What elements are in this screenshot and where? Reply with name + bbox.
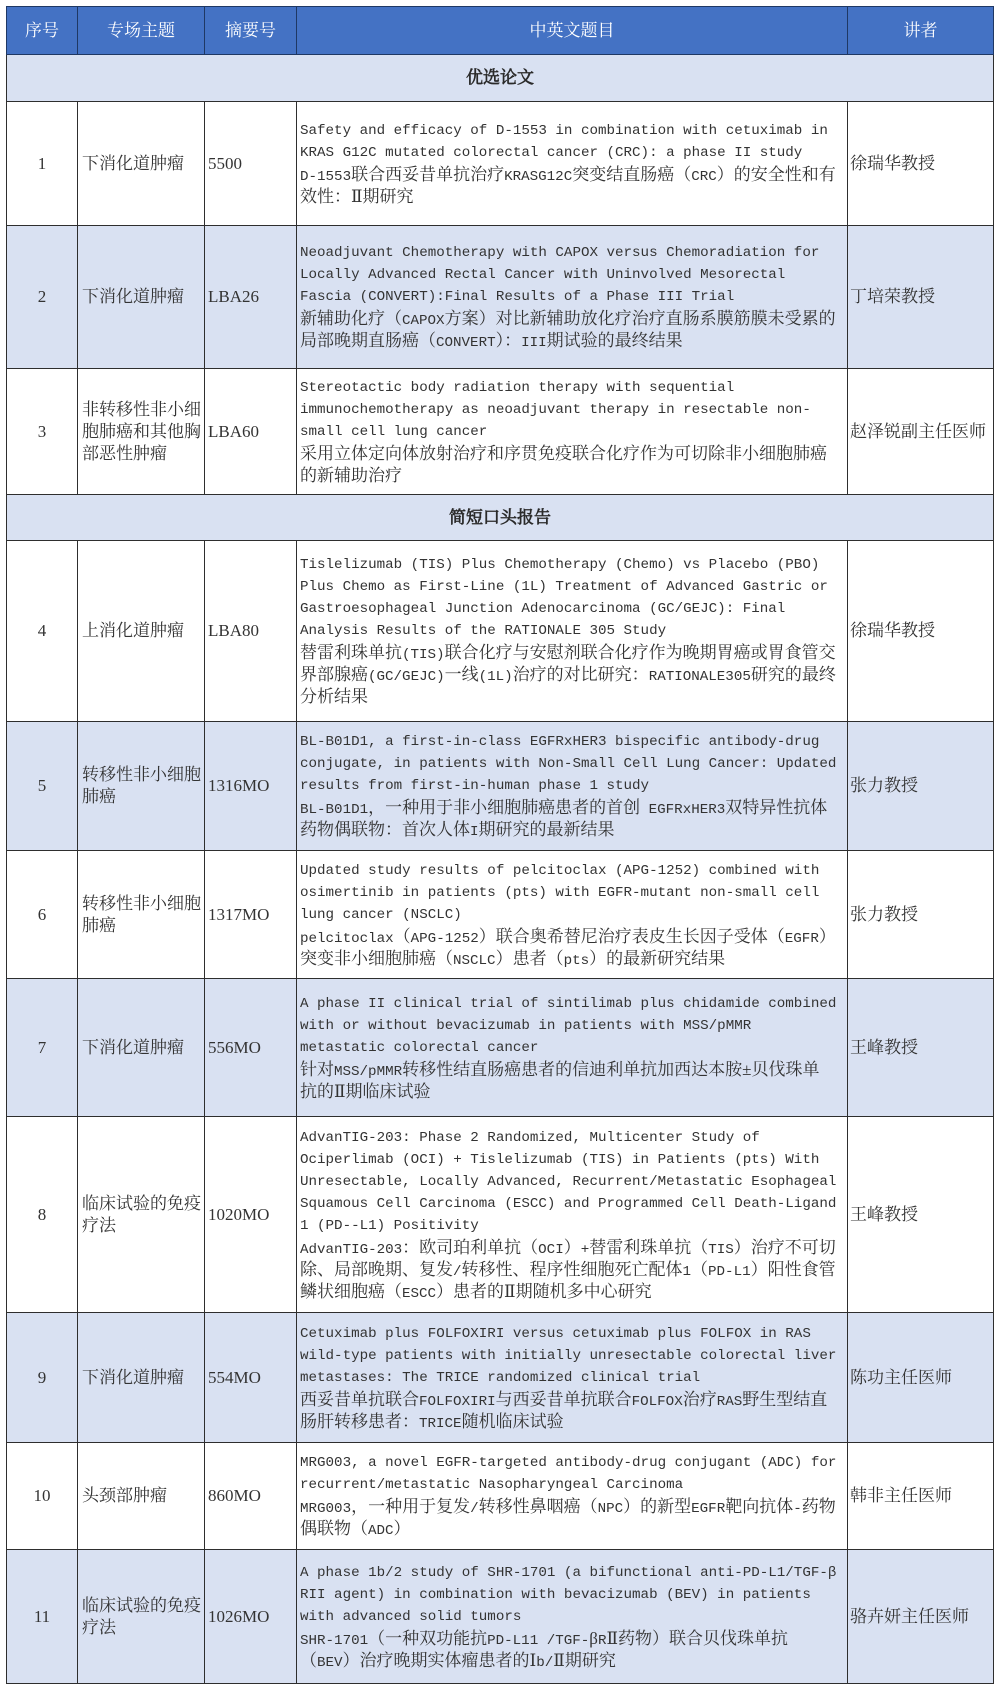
title-zh-line: 西妥昔单抗联合FOLFOXIRI与西妥昔单抗联合FOLFOX治疗RAS野生型结直 (300, 1389, 847, 1411)
topic-cell: 头颈部肿瘤 (78, 1443, 205, 1550)
abstract-number-cell: 554MO (205, 1313, 297, 1443)
latin-text-run: ESCC (402, 1286, 436, 1302)
latin-text-run: (1L) (479, 669, 513, 685)
title-cell: Neoadjuvant Chemotherapy with CAPOX vers… (297, 226, 848, 369)
abstract-number-cell: 1020MO (205, 1117, 297, 1313)
speaker-cell: 徐瑞华教授 (848, 541, 994, 722)
title-en-line: Squamous Cell Carcinoma (ESCC) and Progr… (300, 1193, 847, 1215)
topic-cell: 非转移性非小细胞肺癌和其他胸部恶性肿瘤 (78, 369, 205, 495)
title-en-line: KRAS G12C mutated colorectal cancer (CRC… (300, 142, 847, 164)
latin-text-run: + (581, 1242, 590, 1258)
title-cell: MRG003, a novel EGFR-targeted antibody-d… (297, 1443, 848, 1550)
title-en-line: with or without bevacizumab in patients … (300, 1015, 847, 1037)
section-title: 简短口头报告 (7, 495, 994, 541)
latin-text-run: / (470, 1501, 479, 1517)
topic-cell: 临床试验的免疫疗法 (78, 1117, 205, 1313)
speaker-cell: 徐瑞华教授 (848, 102, 994, 226)
topic-cell: 下消化道肿瘤 (78, 102, 205, 226)
title-en-line: Analysis Results of the RATIONALE 305 St… (300, 620, 847, 642)
title-en-line: Tislelizumab (TIS) Plus Chemotherapy (Ch… (300, 554, 847, 576)
seq-cell: 4 (7, 541, 78, 722)
latin-text-run: EGFR (785, 931, 819, 947)
speaker-cell: 韩非主任医师 (848, 1443, 994, 1550)
title-en-line: recurrent/metastatic Nasopharyngeal Carc… (300, 1474, 847, 1496)
title-zh-line: 新辅助化疗（CAPOX方案）对比新辅助放化疗治疗直肠系膜筋膜未受累的 (300, 308, 847, 330)
latin-text-run: CRC (691, 169, 717, 185)
latin-text-run: D-1553 (300, 169, 351, 185)
column-header-seq: 序号 (7, 7, 78, 55)
abstract-number-cell: LBA26 (205, 226, 297, 369)
abstract-number-cell: 1316MO (205, 722, 297, 851)
latin-text-run: MSS/pMMR (334, 1064, 402, 1080)
latin-text-run: RATIONALE305 (649, 669, 751, 685)
title-zh-line: 采用立体定向体放射治疗和序贯免疫联合化疗作为可切除非小细胞肺癌 (300, 443, 847, 465)
abstract-number-cell: 5500 (205, 102, 297, 226)
section-header-row: 简短口头报告 (7, 495, 994, 541)
latin-text-run: BL-B01D1 (300, 802, 368, 818)
title-en-line: with advanced solid tumors (300, 1606, 847, 1628)
table-row: 9 下消化道肿瘤 554MO Cetuximab plus FOLFOXIRI … (7, 1313, 994, 1443)
speaker-cell: 陈功主任医师 (848, 1313, 994, 1443)
latin-text-run: pts (564, 953, 590, 969)
title-zh-line: 突变非小细胞肺癌（NSCLC）患者（pts）的最新研究结果 (300, 948, 847, 970)
title-en-line: Ociperlimab (OCI) + Tislelizumab (TIS) i… (300, 1149, 847, 1171)
title-zh-line: 分析结果 (300, 686, 847, 708)
seq-cell: 6 (7, 851, 78, 979)
latin-text-run: ADC (368, 1523, 394, 1539)
column-header-topic: 专场主题 (78, 7, 205, 55)
title-en-line: A phase 1b/2 study of SHR-1701 (a bifunc… (300, 1562, 847, 1584)
title-zh-line: 偶联物（ADC） (300, 1518, 847, 1540)
column-header-abstract: 摘要号 (205, 7, 297, 55)
title-cell: Safety and efficacy of D-1553 in combina… (297, 102, 848, 226)
title-cell: Cetuximab plus FOLFOXIRI versus cetuxima… (297, 1313, 848, 1443)
table-row: 5 转移性非小细胞肺癌 1316MO BL-B01D1, a first-in-… (7, 722, 994, 851)
title-en-line: metastases: The TRICE randomized clinica… (300, 1367, 847, 1389)
latin-text-run: CONVERT (436, 335, 496, 351)
latin-text-run: AdvanTIG-203 (300, 1242, 402, 1258)
latin-text-run: KRASG12C (504, 169, 572, 185)
title-en-line: Updated study results of pelcitoclax (AP… (300, 860, 847, 882)
title-zh-line: 针对MSS/pMMR转移性结直肠癌患者的信迪利单抗加西达本胺±贝伐珠单 (300, 1059, 847, 1081)
title-en-line: Gastroesophageal Junction Adenocarcinoma… (300, 598, 847, 620)
title-zh-line: 药物偶联物：首次人体I期研究的最新结果 (300, 819, 847, 841)
seq-cell: 3 (7, 369, 78, 495)
title-en-line: small cell lung cancer (300, 421, 847, 443)
title-en-line: Stereotactic body radiation therapy with… (300, 377, 847, 399)
latin-text-run: R (598, 1633, 607, 1649)
abstract-number-cell: 1317MO (205, 851, 297, 979)
abstract-number-cell: LBA80 (205, 541, 297, 722)
table-row: 11 临床试验的免疫疗法 1026MO A phase 1b/2 study o… (7, 1550, 994, 1684)
title-en-line: results from first-in-human phase 1 stud… (300, 775, 847, 797)
topic-cell: 转移性非小细胞肺癌 (78, 851, 205, 979)
title-en-line: 1 (PD--L1) Positivity (300, 1215, 847, 1237)
title-zh-line: pelcitoclax（APG-1252）联合奥希替尼治疗表皮生长因子受体（EG… (300, 926, 847, 948)
title-en-line: A phase II clinical trial of sintilimab … (300, 993, 847, 1015)
seq-cell: 10 (7, 1443, 78, 1550)
title-en-line: Unresectable, Locally Advanced, Recurren… (300, 1171, 847, 1193)
latin-text-run: (TIS) (402, 647, 445, 663)
table-row: 8 临床试验的免疫疗法 1020MO AdvanTIG-203: Phase 2… (7, 1117, 994, 1313)
section-title: 优选论文 (7, 55, 994, 102)
latin-text-run: / (453, 1264, 462, 1280)
column-header-title: 中英文题目 (297, 7, 848, 55)
latin-text-run: PD-L1 (708, 1264, 751, 1280)
title-en-line: conjugate, in patients with Non-Small Ce… (300, 753, 847, 775)
seq-cell: 5 (7, 722, 78, 851)
title-en-line: MRG003, a novel EGFR-targeted antibody-d… (300, 1452, 847, 1474)
seq-cell: 8 (7, 1117, 78, 1313)
title-zh-line: 替雷利珠单抗(TIS)联合化疗与安慰剂联合化疗作为晚期胃癌或胃食管交 (300, 642, 847, 664)
speaker-cell: 丁培荣教授 (848, 226, 994, 369)
title-en-line: Cetuximab plus FOLFOXIRI versus cetuxima… (300, 1323, 847, 1345)
latin-text-run: - (793, 1501, 802, 1517)
title-en-line: AdvanTIG-203: Phase 2 Randomized, Multic… (300, 1127, 847, 1149)
topic-cell: 转移性非小细胞肺癌 (78, 722, 205, 851)
table-row: 7 下消化道肿瘤 556MO A phase II clinical trial… (7, 979, 994, 1117)
table-row: 1 下消化道肿瘤 5500 Safety and efficacy of D-1… (7, 102, 994, 226)
latin-text-run: b/ (536, 1655, 553, 1671)
title-zh-line: AdvanTIG-203：欧司珀利单抗（OCI）+替雷利珠单抗（TIS）治疗不可… (300, 1237, 847, 1259)
title-en-line: immunochemotherapy as neoadjuvant therap… (300, 399, 847, 421)
latin-text-run: OCI (538, 1242, 564, 1258)
title-zh-line: D-1553联合西妥昔单抗治疗KRASG12C突变结直肠癌（CRC）的安全性和有 (300, 164, 847, 186)
latin-text-run: CAPOX (402, 313, 445, 329)
title-en-line: metastatic colorectal cancer (300, 1037, 847, 1059)
title-en-line: wild-type patients with initially unrese… (300, 1345, 847, 1367)
schedule-table: 序号 专场主题 摘要号 中英文题目 讲者 优选论文 1 下消化道肿瘤 5500 … (6, 6, 994, 1684)
seq-cell: 2 (7, 226, 78, 369)
title-en-line: Locally Advanced Rectal Cancer with Unin… (300, 264, 847, 286)
title-zh-line: 肠肝转移患者：TRICE随机临床试验 (300, 1411, 847, 1433)
latin-text-run: PD-L11 /TGF- (487, 1633, 589, 1649)
title-zh-line: BL-B01D1，一种用于非小细胞肺癌患者的首创 EGFRxHER3双特异性抗体 (300, 797, 847, 819)
speaker-cell: 张力教授 (848, 851, 994, 979)
title-cell: A phase II clinical trial of sintilimab … (297, 979, 848, 1117)
speaker-cell: 王峰教授 (848, 1117, 994, 1313)
title-cell: AdvanTIG-203: Phase 2 Randomized, Multic… (297, 1117, 848, 1313)
latin-text-run: RAS (717, 1394, 743, 1410)
abstract-number-cell: 1026MO (205, 1550, 297, 1684)
title-zh-line: MRG003，一种用于复发/转移性鼻咽癌（NPC）的新型EGFR靶向抗体-药物 (300, 1496, 847, 1518)
latin-text-run: (GC/GEJC) (368, 669, 445, 685)
title-en-line: lung cancer (NSCLC) (300, 904, 847, 926)
latin-text-run: 1 (683, 1264, 692, 1280)
title-cell: BL-B01D1, a first-in-class EGFRxHER3 bis… (297, 722, 848, 851)
table-row: 2 下消化道肿瘤 LBA26 Neoadjuvant Chemotherapy … (7, 226, 994, 369)
latin-text-run: NPC (598, 1501, 624, 1517)
seq-cell: 1 (7, 102, 78, 226)
topic-cell: 下消化道肿瘤 (78, 979, 205, 1117)
header-row: 序号 专场主题 摘要号 中英文题目 讲者 (7, 7, 994, 55)
title-en-line: BL-B01D1, a first-in-class EGFRxHER3 bis… (300, 731, 847, 753)
title-zh-line: 抗的Ⅱ期临床试验 (300, 1081, 847, 1103)
latin-text-run: pelcitoclax (300, 931, 394, 947)
seq-cell: 11 (7, 1550, 78, 1684)
column-header-speaker: 讲者 (848, 7, 994, 55)
title-zh-line: （BEV）治疗晚期实体瘤患者的Ⅰb/Ⅱ期研究 (300, 1650, 847, 1672)
title-zh-line: 界部腺癌(GC/GEJC)一线(1L)治疗的对比研究：RATIONALE305研… (300, 664, 847, 686)
topic-cell: 下消化道肿瘤 (78, 1313, 205, 1443)
latin-text-run: SHR-1701 (300, 1633, 368, 1649)
table-row: 3 非转移性非小细胞肺癌和其他胸部恶性肿瘤 LBA60 Stereotactic… (7, 369, 994, 495)
title-zh-line: 除、局部晚期、复发/转移性、程序性细胞死亡配体1（PD-L1）阳性食管 (300, 1259, 847, 1281)
abstract-number-cell: 860MO (205, 1443, 297, 1550)
title-zh-line: 的新辅助治疗 (300, 465, 847, 487)
table-row: 6 转移性非小细胞肺癌 1317MO Updated study results… (7, 851, 994, 979)
latin-text-run: FOLFOX (632, 1394, 683, 1410)
title-cell: Tislelizumab (TIS) Plus Chemotherapy (Ch… (297, 541, 848, 722)
title-en-line: Safety and efficacy of D-1553 in combina… (300, 120, 847, 142)
latin-text-run: MRG003 (300, 1501, 351, 1517)
table-body: 优选论文 1 下消化道肿瘤 5500 Safety and efficacy o… (7, 55, 994, 1684)
seq-cell: 7 (7, 979, 78, 1117)
speaker-cell: 张力教授 (848, 722, 994, 851)
seq-cell: 9 (7, 1313, 78, 1443)
latin-text-run: TRICE (419, 1416, 462, 1432)
title-cell: Updated study results of pelcitoclax (AP… (297, 851, 848, 979)
speaker-cell: 赵泽锐副主任医师 (848, 369, 994, 495)
latin-text-run: BEV (317, 1655, 343, 1671)
latin-text-run: III (521, 335, 547, 351)
speaker-cell: 王峰教授 (848, 979, 994, 1117)
title-en-line: Fascia (CONVERT):Final Results of a Phas… (300, 286, 847, 308)
title-en-line: RII agent) in combination with bevacizum… (300, 1584, 847, 1606)
abstract-number-cell: LBA60 (205, 369, 297, 495)
table-row: 4 上消化道肿瘤 LBA80 Tislelizumab (TIS) Plus C… (7, 541, 994, 722)
latin-text-run: EGFR (691, 1501, 725, 1517)
title-cell: A phase 1b/2 study of SHR-1701 (a bifunc… (297, 1550, 848, 1684)
speaker-cell: 骆卉妍主任医师 (848, 1550, 994, 1684)
latin-text-run: I (470, 824, 479, 840)
title-zh-line: 鳞状细胞癌（ESCC）患者的Ⅱ期随机多中心研究 (300, 1281, 847, 1303)
title-en-line: osimertinib in patients (pts) with EGFR-… (300, 882, 847, 904)
topic-cell: 临床试验的免疫疗法 (78, 1550, 205, 1684)
latin-text-run: FOLFOXIRI (419, 1394, 496, 1410)
title-cell: Stereotactic body radiation therapy with… (297, 369, 848, 495)
topic-cell: 上消化道肿瘤 (78, 541, 205, 722)
title-zh-line: 效性：Ⅱ期研究 (300, 186, 847, 208)
latin-text-run: NSCLC (453, 953, 496, 969)
latin-text-run: APG-1252 (411, 931, 479, 947)
table-row: 10 头颈部肿瘤 860MO MRG003, a novel EGFR-targ… (7, 1443, 994, 1550)
latin-text-run: TIS (708, 1242, 734, 1258)
section-header-row: 优选论文 (7, 55, 994, 102)
title-zh-line: SHR-1701（一种双功能抗PD-L11 /TGF-βRⅡ药物）联合贝伐珠单抗 (300, 1628, 847, 1650)
table-header: 序号 专场主题 摘要号 中英文题目 讲者 (7, 7, 994, 55)
title-zh-line: 局部晚期直肠癌（CONVERT）：III期试验的最终结果 (300, 330, 847, 352)
abstract-number-cell: 556MO (205, 979, 297, 1117)
title-en-line: Neoadjuvant Chemotherapy with CAPOX vers… (300, 242, 847, 264)
title-en-line: Plus Chemo as First-Line (1L) Treatment … (300, 576, 847, 598)
latin-text-run: EGFRxHER3 (640, 802, 725, 818)
topic-cell: 下消化道肿瘤 (78, 226, 205, 369)
